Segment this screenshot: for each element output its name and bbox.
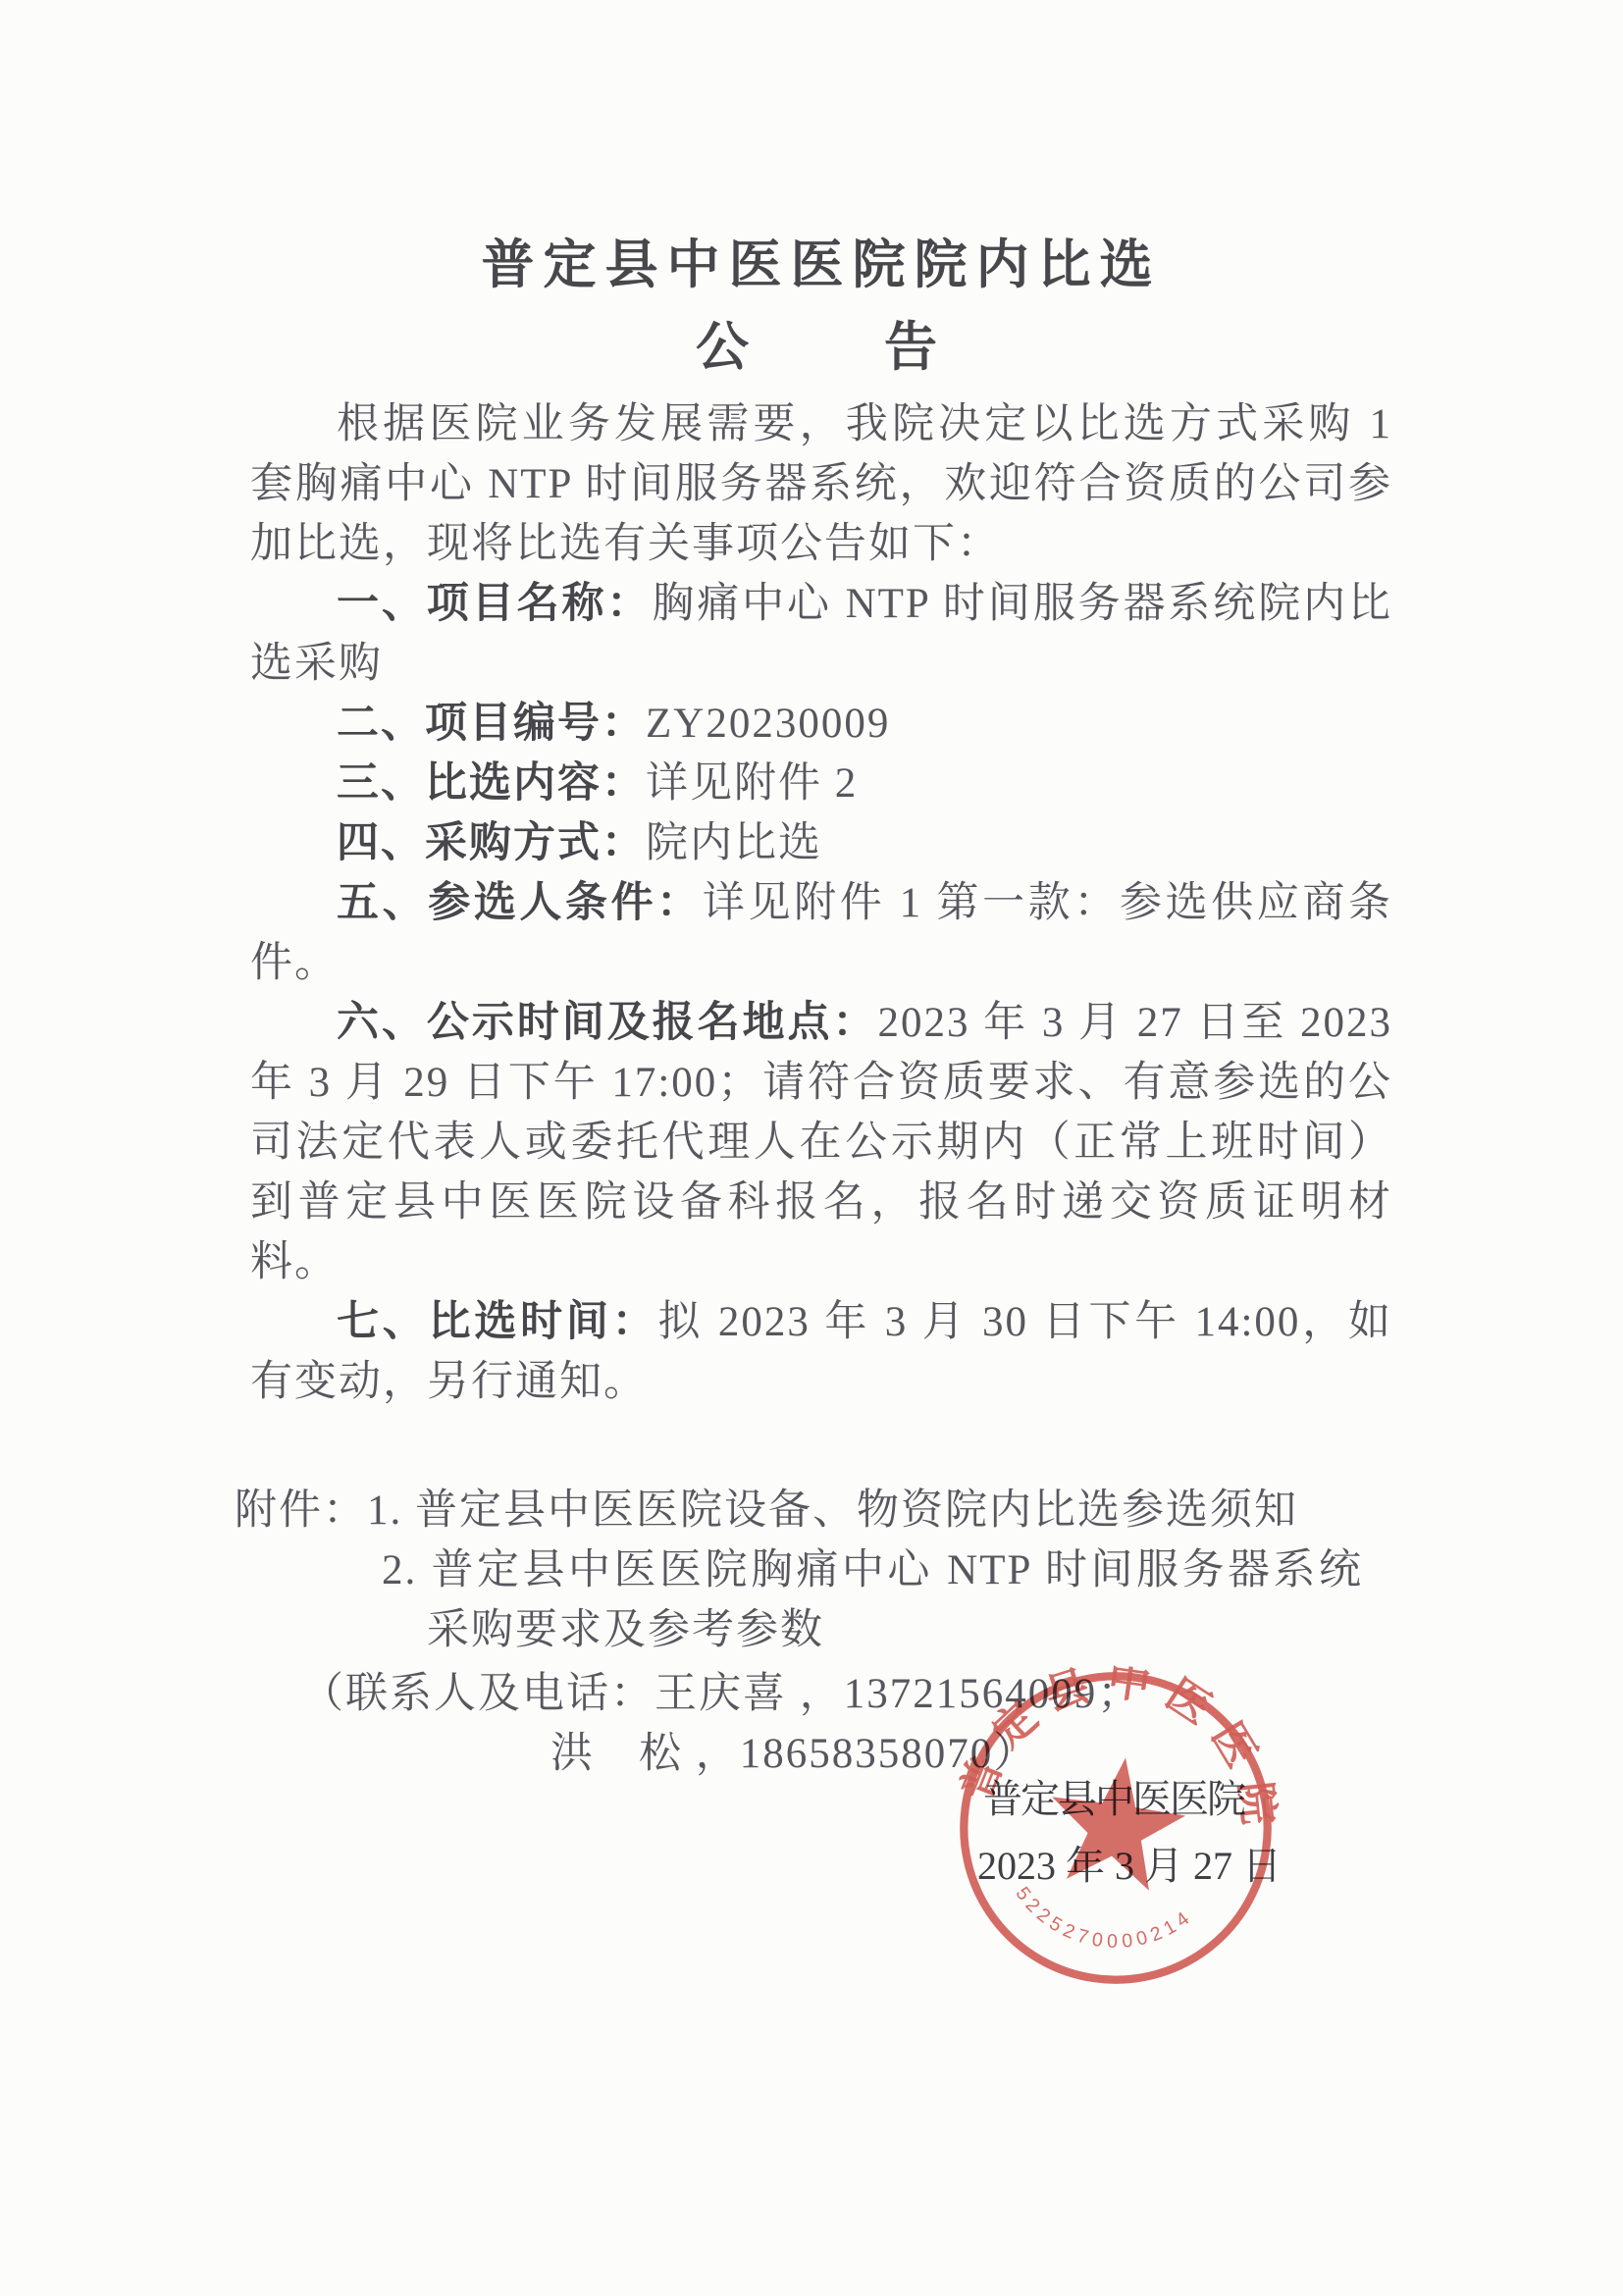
- item-label: 六、公示时间及报名地点：: [337, 999, 877, 1046]
- attachments-label: 附件：: [235, 1487, 367, 1534]
- item-label: 七、比选时间：: [337, 1298, 658, 1345]
- attachments-section: 附件：1. 普定县中医医院设备、物资院内比选参选须知 2. 普定县中医医院胸痛中…: [235, 1481, 1392, 1660]
- seal-star-icon: [1041, 1748, 1192, 1894]
- item-label: 二、项目编号：: [337, 700, 646, 747]
- intro-paragraph: 根据医院业务发展需要，我院决定以比选方式采购 1 套胸痛中心 NTP 时间服务器…: [250, 394, 1392, 574]
- item-participant-conditions: 五、参选人条件：详见附件 1 第一款：参选供应商条件。: [250, 873, 1392, 993]
- attachment-1-text: 1. 普定县中医医院设备、物资院内比选参选须知: [367, 1487, 1298, 1534]
- item-project-number: 二、项目编号：ZY20230009: [250, 694, 1392, 754]
- official-seal: 普定县中医医院 5225270000214: [933, 1645, 1299, 2011]
- item-label: 四、采购方式：: [337, 819, 646, 866]
- page-subtitle: 公 告: [250, 318, 1392, 377]
- seal-graphic: 普定县中医医院 5225270000214: [933, 1645, 1299, 2011]
- item-label: 五、参选人条件：: [337, 879, 703, 926]
- item-comparison-content: 三、比选内容：详见附件 2: [250, 754, 1392, 813]
- item-comparison-time: 七、比选时间：拟 2023 年 3 月 30 日下午 14:00，如有变动，另行…: [250, 1292, 1392, 1412]
- item-value: 详见附件 2: [646, 760, 858, 807]
- item-publicity-time-place: 六、公示时间及报名地点：2023 年 3 月 27 日至 2023 年 3 月 …: [250, 993, 1392, 1292]
- item-project-name: 一、项目名称：胸痛中心 NTP 时间服务器系统院内比选采购: [250, 574, 1392, 694]
- attachment-item-1: 附件：1. 普定县中医医院设备、物资院内比选参选须知: [235, 1481, 1392, 1540]
- item-value: 院内比选: [646, 820, 822, 866]
- document-body: 根据医院业务发展需要，我院决定以比选方式采购 1 套胸痛中心 NTP 时间服务器…: [250, 394, 1392, 1784]
- document-content: 普定县中医医院院内比选 公 告 根据医院业务发展需要，我院决定以比选方式采购 1…: [250, 235, 1392, 1784]
- item-procurement-method: 四、采购方式：院内比选: [250, 813, 1392, 873]
- item-value: ZY20230009: [646, 701, 890, 747]
- attachment-item-2: 2. 普定县中医医院胸痛中心 NTP 时间服务器系统采购要求及参考参数: [235, 1540, 1363, 1660]
- announcement-page: 普定县中医医院院内比选 公 告 根据医院业务发展需要，我院决定以比选方式采购 1…: [0, 0, 1623, 2296]
- page-title: 普定县中医医院院内比选: [250, 235, 1392, 294]
- item-label: 三、比选内容：: [337, 759, 646, 807]
- item-label: 一、项目名称：: [337, 580, 652, 627]
